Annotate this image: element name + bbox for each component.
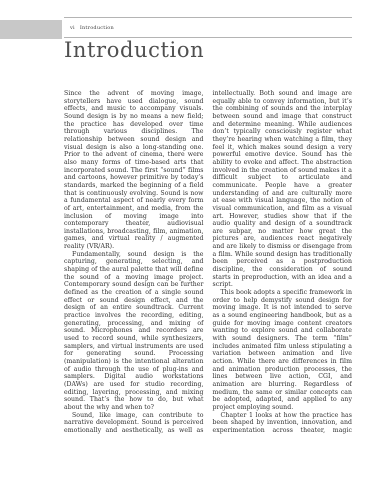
page-number: vi <box>70 25 75 31</box>
chapter-thumb-tab <box>0 20 62 39</box>
paragraph: Since the advent of moving image, storyt… <box>64 90 204 251</box>
book-page: vi Introduction Introduction Since the a… <box>0 0 391 500</box>
running-head-title: Introduction <box>80 25 114 31</box>
running-header: vi Introduction <box>64 17 352 38</box>
paragraph: This book adopts a specific framework in… <box>213 289 353 412</box>
body-text-columns: Since the advent of moving image, storyt… <box>64 90 352 442</box>
page-title: Introduction <box>64 38 204 62</box>
paragraph: Fundamentally, sound design is the captu… <box>64 251 204 412</box>
